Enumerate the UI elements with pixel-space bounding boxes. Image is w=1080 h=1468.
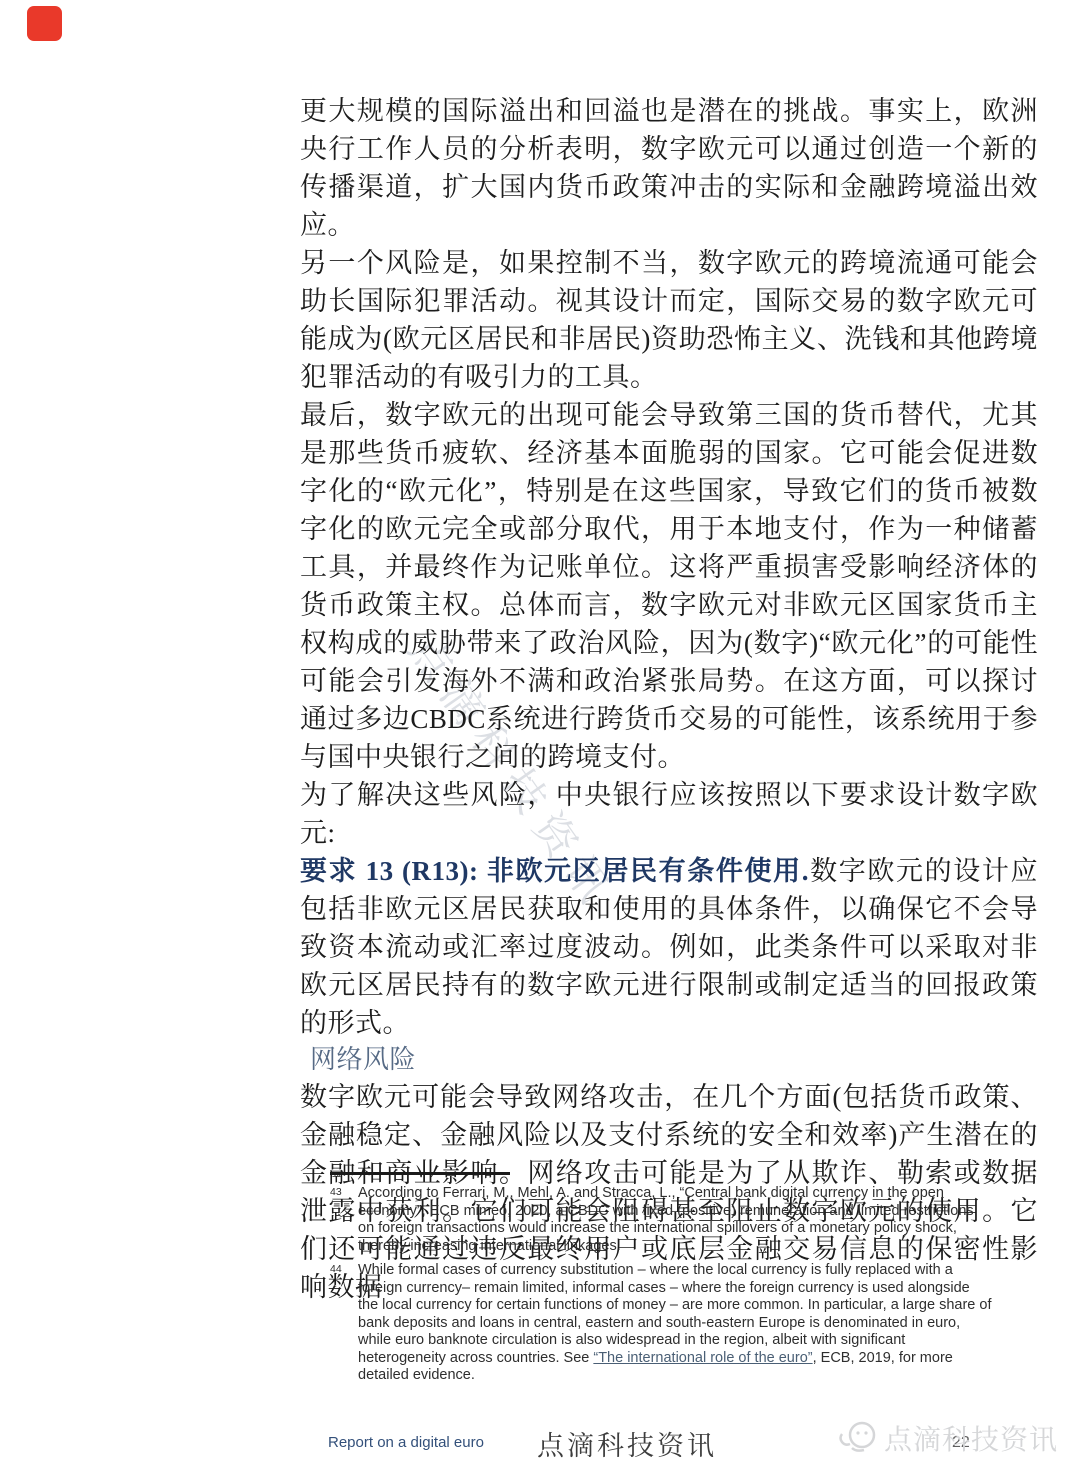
footer-channel-name: 点滴科技资讯 [537, 1424, 717, 1463]
footnote-43: 43 According to Ferrari, M., Mehl, A. an… [330, 1185, 992, 1255]
red-marker [27, 6, 62, 41]
footnote-44-link-international-role-of-euro[interactable]: “The international role of the euro” [593, 1350, 812, 1366]
footnote-separator [330, 1172, 510, 1175]
footer-watermark: 点滴科技资讯 [838, 1418, 1058, 1458]
footnote-44-text: While formal cases of currency substitut… [358, 1262, 992, 1385]
footnote-44-number: 44 [330, 1262, 346, 1385]
paragraph-intro-requirement: 为了解决这些风险，中央银行应该按照以下要求设计数字欧元: [300, 776, 1038, 852]
page-number: 22 [952, 1434, 970, 1452]
footnote-area: 43 According to Ferrari, M., Mehl, A. an… [330, 1172, 992, 1385]
section-header-cyber-risk: 网络风险 [300, 1042, 1038, 1078]
footnote-43-text: According to Ferrari, M., Mehl, A. and S… [358, 1185, 992, 1255]
body-text-column: 更大规模的国际溢出和回溢也是潜在的挑战。事实上，欧洲央行工作人员的分析表明，数字… [300, 92, 1038, 1306]
paragraph-spillover: 更大规模的国际溢出和回溢也是潜在的挑战。事实上，欧洲央行工作人员的分析表明，数字… [300, 92, 1038, 244]
document-page: { "decorations": { "red_marker_color": "… [0, 0, 1080, 1468]
paragraph-requirement-r13: 要求 13 (R13): 非欧元区居民有条件使用.数字欧元的设计应包括非欧元区居… [300, 852, 1038, 1042]
footnote-44: 44 While formal cases of currency substi… [330, 1262, 992, 1385]
footer-watermark-text: 点滴科技资讯 [884, 1418, 1058, 1458]
paragraph-substitution: 最后，数字欧元的出现可能会导致第三国的货币替代，尤其是那些货币疲软、经济基本面脆… [300, 396, 1038, 776]
wechat-smiley-icon [838, 1420, 878, 1456]
paragraph-crime: 另一个风险是，如果控制不当，数字欧元的跨境流通可能会助长国际犯罪活动。视其设计而… [300, 244, 1038, 396]
footnote-43-number: 43 [330, 1185, 346, 1255]
requirement-r13-heading: 要求 13 (R13): 非欧元区居民有条件使用. [300, 856, 809, 886]
footer-report-title: Report on a digital euro [328, 1434, 484, 1451]
